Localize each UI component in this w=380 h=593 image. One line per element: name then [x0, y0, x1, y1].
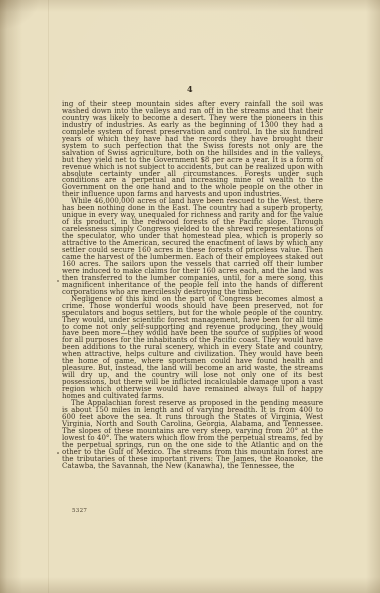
- ink-speck: [57, 280, 59, 282]
- ink-speck: [57, 452, 59, 454]
- paragraph-appalachian-reserve: The Appalachian forest reserve as propos…: [62, 400, 323, 470]
- text-block: ing of their steep mountain sides after …: [62, 101, 323, 470]
- paragraph-swiss-forests: ing of their steep mountain sides after …: [62, 101, 323, 198]
- corner-shadow: [0, 0, 40, 30]
- paragraph-congress-negligence: Negligence of this kind on the part of C…: [62, 296, 323, 400]
- paragraph-redwood-forests: While 46,000,000 acres of land have been…: [62, 198, 323, 295]
- document-print-number: 5327: [72, 508, 87, 514]
- page-number: 4: [0, 84, 380, 94]
- scanned-book-page: 4 ing of their steep mountain sides afte…: [0, 0, 380, 593]
